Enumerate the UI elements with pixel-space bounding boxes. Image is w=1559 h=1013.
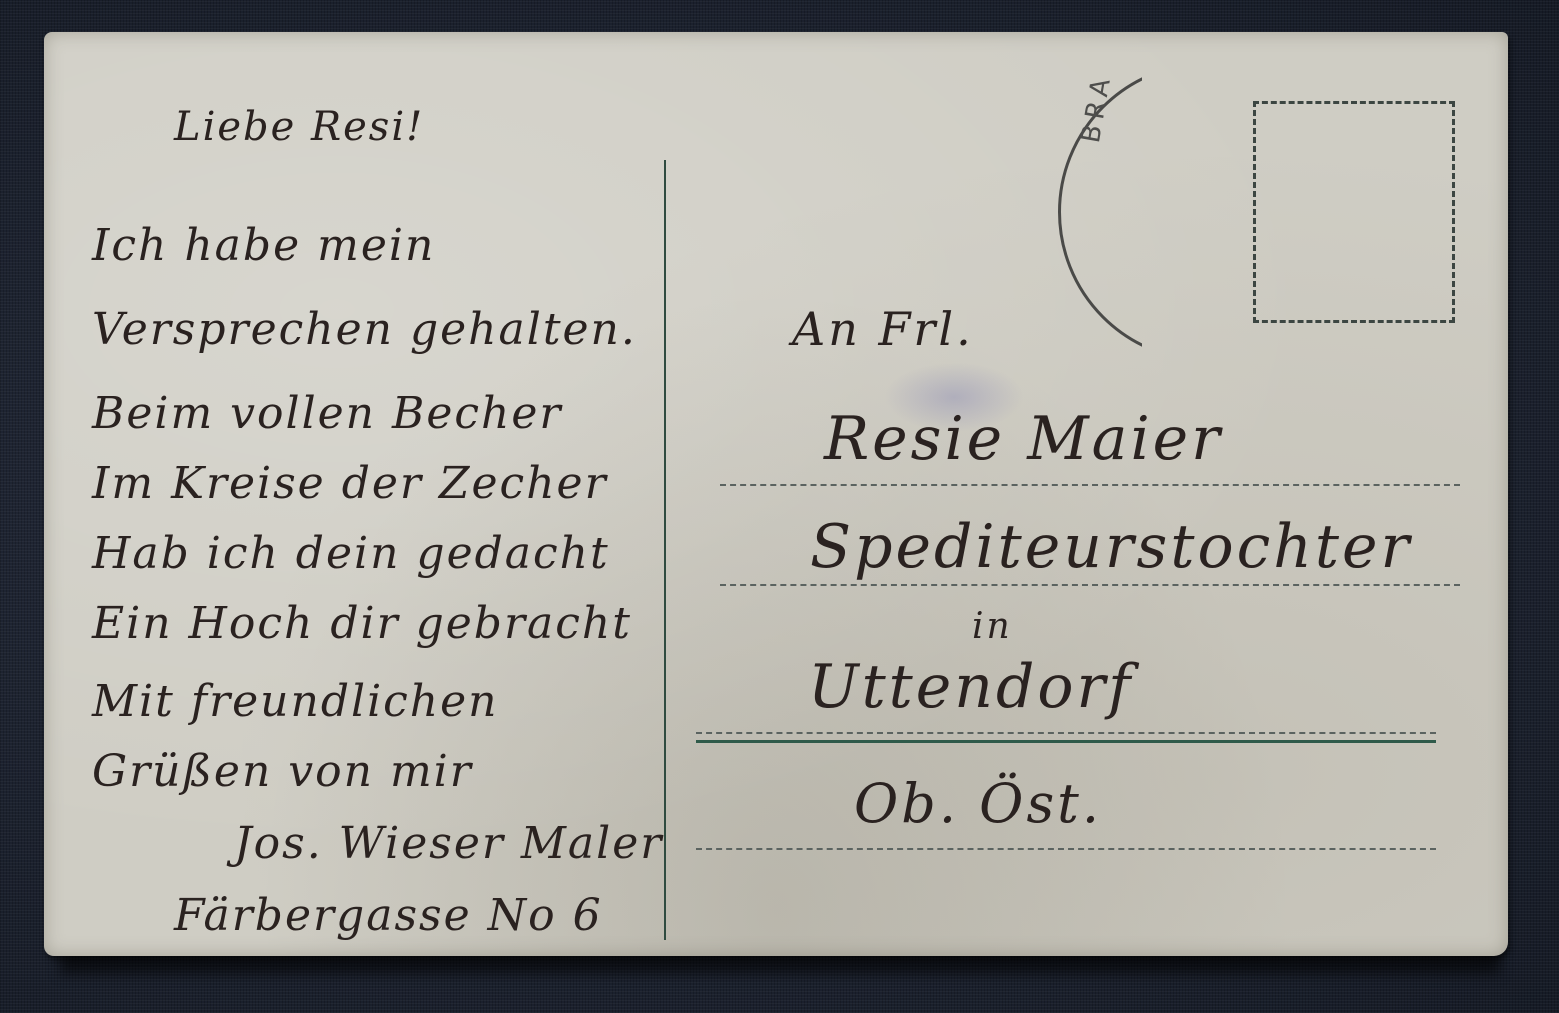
address-line-1 — [720, 484, 1460, 486]
postcard: Liebe Resi! Ich habe mein Versprechen ge… — [44, 32, 1508, 956]
message-salutation: Liebe Resi! — [174, 104, 424, 150]
stamp-placeholder-box — [1253, 101, 1455, 323]
message-line: Beim vollen Becher — [92, 388, 562, 439]
message-line: Versprechen gehalten. — [92, 304, 637, 355]
message-line: Hab ich dein gedacht — [92, 528, 610, 579]
address-prefix: An Frl. — [792, 302, 974, 356]
message-line: Grüßen von mir — [92, 746, 473, 797]
address-line-solid — [696, 740, 1436, 743]
sender-address: Färbergasse No 6 — [174, 890, 603, 941]
message-line: Mit freundlichen — [92, 676, 499, 727]
recipient-occupation: Spediteurstochter — [810, 512, 1412, 582]
address-preposition: in — [972, 606, 1013, 647]
message-line: Ein Hoch dir gebracht — [92, 598, 632, 649]
address-line-3 — [696, 732, 1436, 734]
recipient-name: Resie Maier — [824, 404, 1223, 474]
address-line-2 — [720, 584, 1460, 586]
message-line: Im Kreise der Zecher — [92, 458, 608, 509]
address-line-4 — [696, 848, 1436, 850]
recipient-region: Ob. Öst. — [854, 772, 1102, 835]
card-divider-line — [664, 160, 666, 940]
recipient-town: Uttendorf — [808, 652, 1133, 722]
message-signature: Jos. Wieser Maler — [234, 818, 663, 869]
message-line: Ich habe mein — [92, 220, 435, 271]
